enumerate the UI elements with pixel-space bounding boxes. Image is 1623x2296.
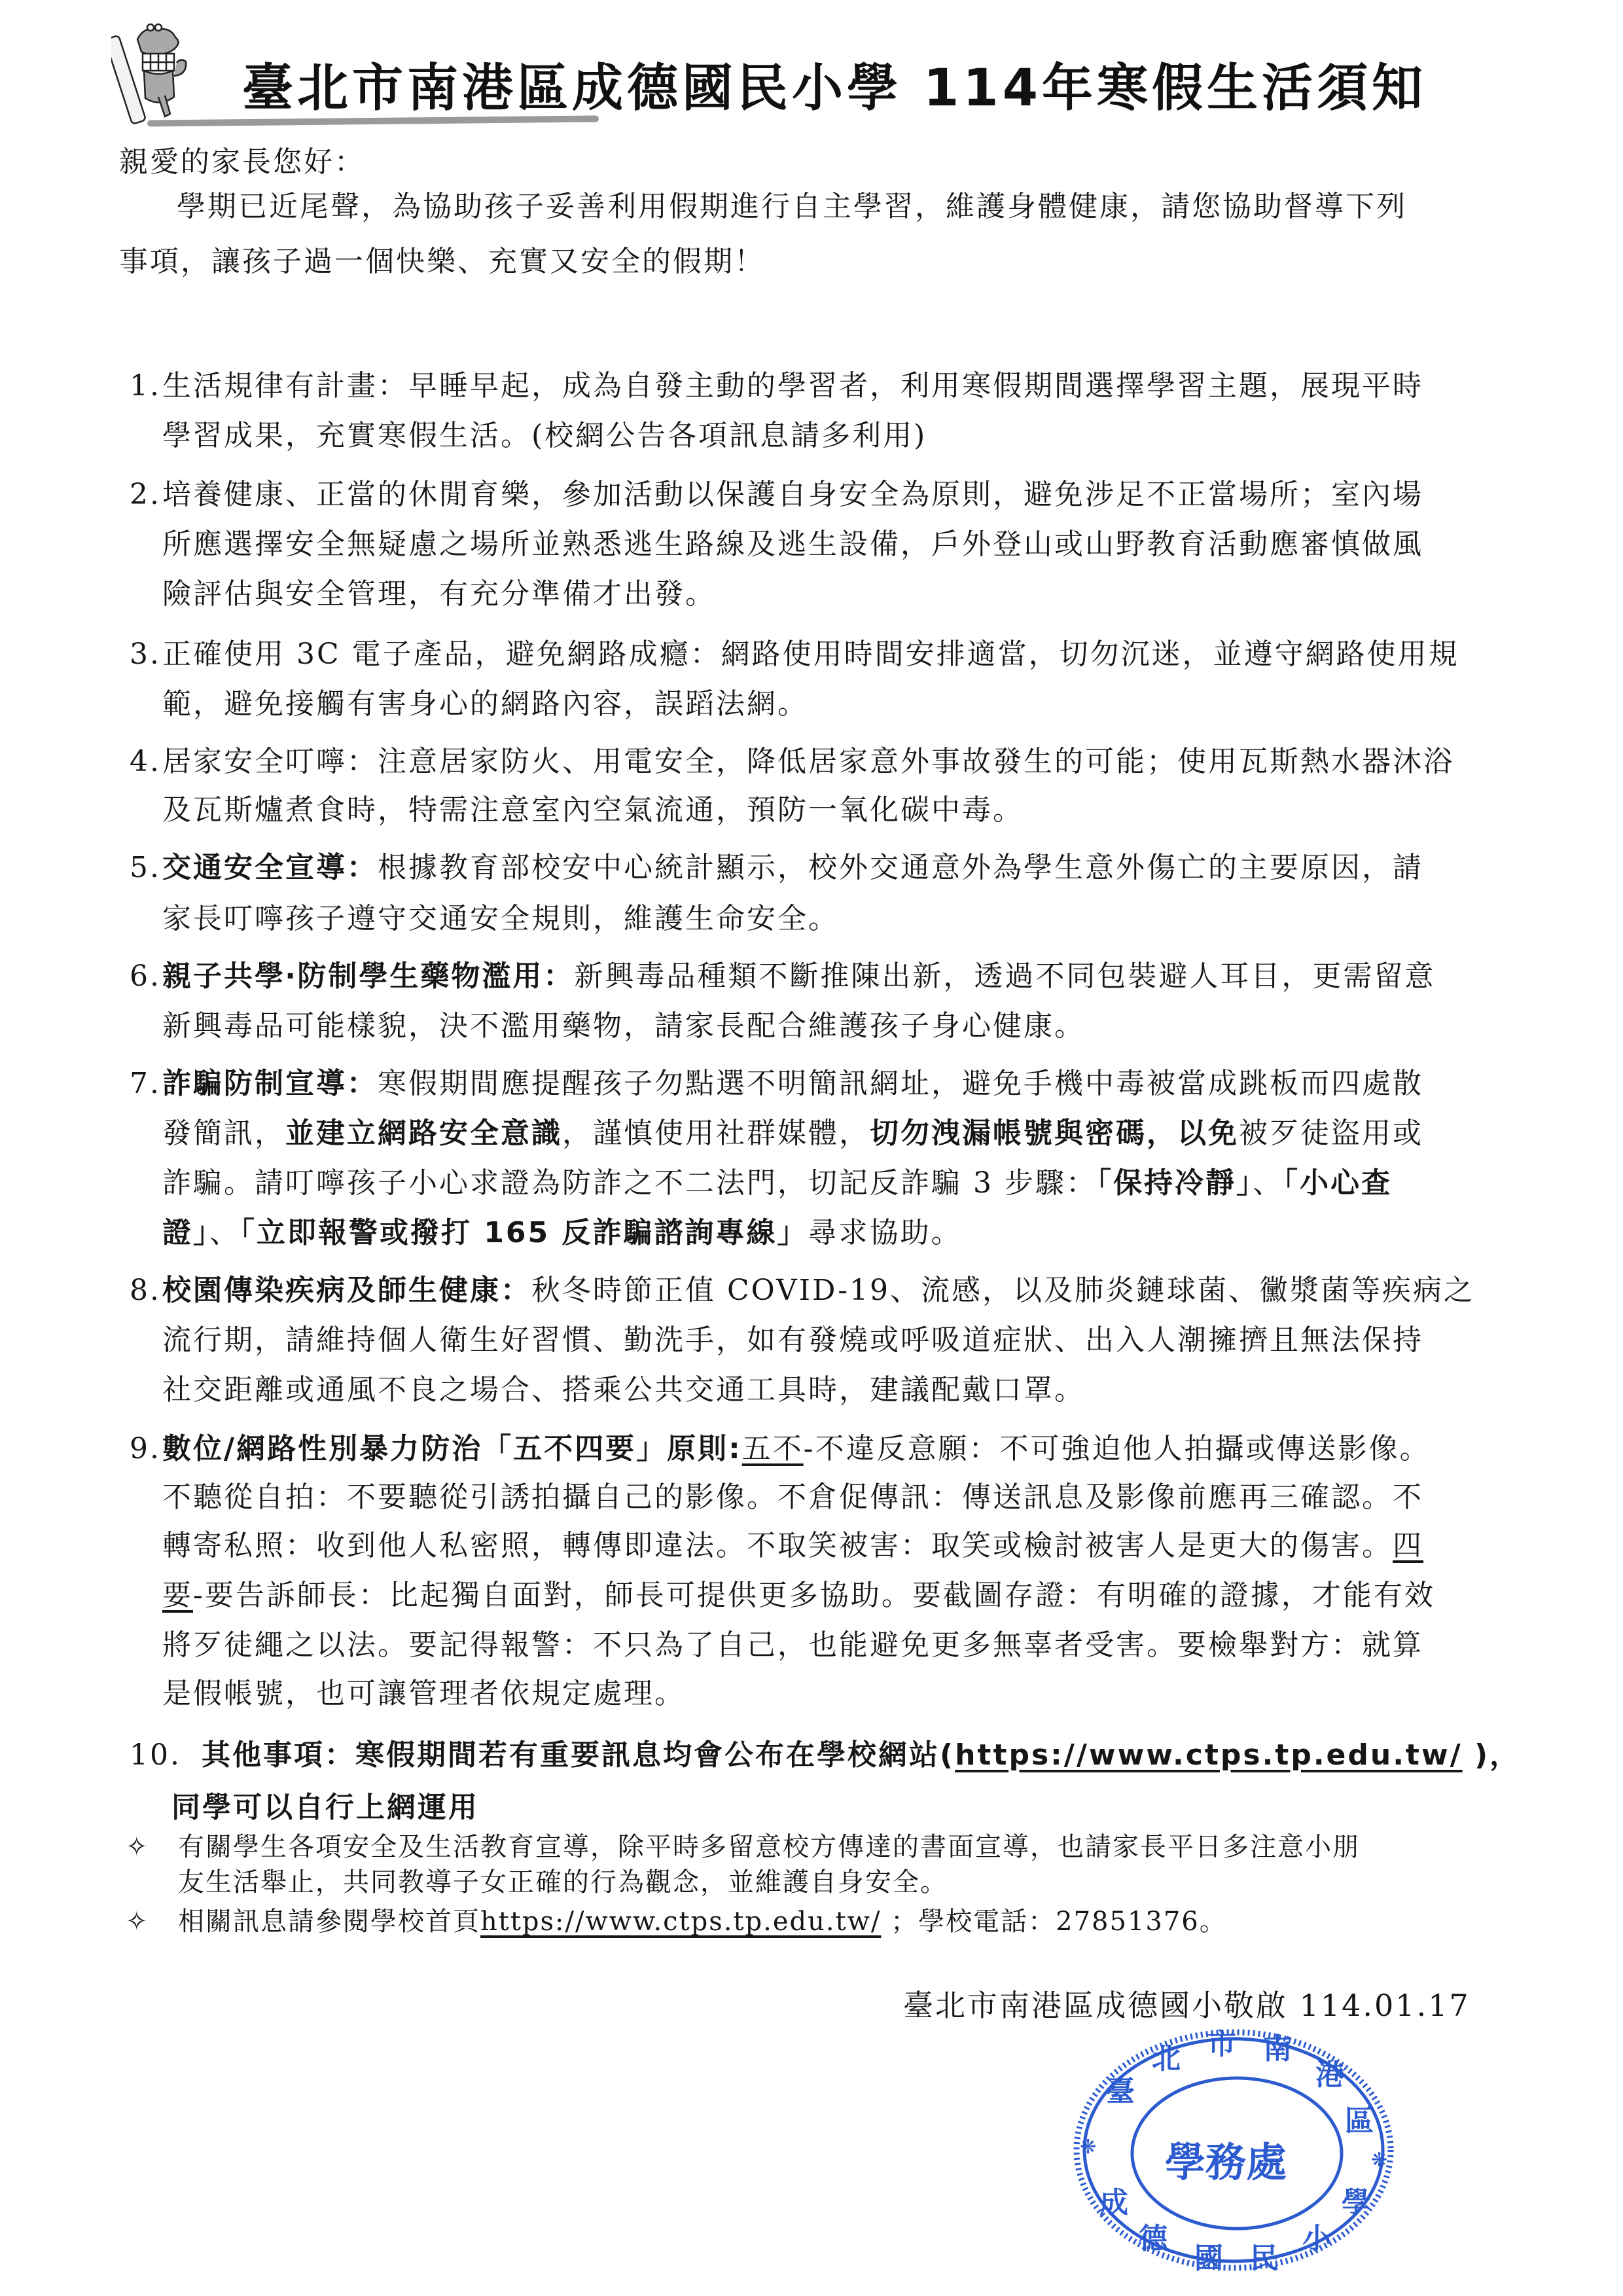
text-segment: 詐騙。請叮嚀孩子小心求證為防詐之不二法門，切記反詐騙 3 步驟： <box>162 1166 1097 1200</box>
item-5-cont: 家長叮嚀孩子遵守交通安全規則，維護生命安全。 <box>162 899 839 939</box>
item-number: 5. <box>130 848 162 888</box>
underlined-segment: 四 <box>1393 1529 1423 1562</box>
underlined-segment: 要 <box>162 1579 193 1612</box>
note-1: ✧有關學生各項安全及生活教育宣導，除平時多留意校方傳達的書面宣導，也請家長平日多… <box>126 1827 1360 1867</box>
item-7: 7.詐騙防制宣導：寒假期間應提醒孩子勿點選不明簡訊網址，避免手機中毒被當成跳板而… <box>130 1064 1423 1103</box>
item-heading: 數位/網路性別暴力防治「五不四要」原則: <box>162 1432 742 1465</box>
svg-text:學: 學 <box>1342 2186 1370 2219</box>
svg-text:港: 港 <box>1315 2058 1344 2092</box>
text-segment: 、 <box>1253 1166 1283 1200</box>
text-segment: )， <box>1463 1738 1520 1772</box>
svg-text:學務處: 學務處 <box>1165 2138 1287 2186</box>
item-text: 根據教育部校安中心統計顯示，校外交通意外為學生意外傷亡的主要原因，請 <box>378 851 1423 884</box>
item-10-cont: 同學可以自行上網運用 <box>171 1788 479 1827</box>
item-4: 4.居家安全叮嚀：注意居家防火、用電安全，降低居家意外事故發生的可能；使用瓦斯熱… <box>130 742 1454 781</box>
item-7-cont-3: 證」、「立即報警或撥打 165 反詐騙諮詢專線」尋求協助。 <box>162 1213 961 1253</box>
text-segment: ，謹慎使用社群媒體， <box>562 1117 870 1150</box>
bold-segment: 「小心查 <box>1283 1166 1392 1200</box>
item-10: 10.其他事項：寒假期間若有重要訊息均會公布在學校網站(https://www.… <box>130 1736 1520 1775</box>
item-number: 7. <box>130 1064 162 1103</box>
item-1-cont: 學習成果，充實寒假生活。(校網公告各項訊息請多利用) <box>162 416 927 456</box>
item-2: 2.培養健康、正當的休閒育樂，參加活動以保護自身安全為原則，避免涉足不正當場所；… <box>130 475 1423 514</box>
text-segment: 轉寄私照：收到他人私密照，轉傳即違法。不取笑被害：取笑或檢討被害人是更大的傷害。 <box>162 1529 1393 1562</box>
school-website-link[interactable]: https://www.ctps.tp.edu.tw/ <box>955 1738 1463 1772</box>
svg-text:❋: ❋ <box>1080 2136 1096 2159</box>
school-homepage-link[interactable]: https://www.ctps.tp.edu.tw/ <box>480 1907 881 1937</box>
text-segment: 發簡訊， <box>162 1117 285 1150</box>
note-2: ✧相關訊息請參閱學校首頁https://www.ctps.tp.edu.tw/ … <box>126 1902 1227 1941</box>
item-text: 寒假期間應提醒孩子勿點選不明簡訊網址，避免手機中毒被當成跳板而四處散 <box>378 1067 1423 1100</box>
item-5: 5.交通安全宣導：根據教育部校安中心統計顯示，校外交通意外為學生意外傷亡的主要原… <box>130 848 1423 888</box>
bold-segment: 「保持冷靜」 <box>1097 1166 1253 1200</box>
crocodile-mascot-icon <box>111 13 203 131</box>
note-text: 有關學生各項安全及生活教育宣導，除平時多留意校方傳達的書面宣導，也請家長平日多注… <box>178 1832 1360 1862</box>
item-2-cont-1: 所應選擇安全無疑慮之場所並熟悉逃生路線及逃生設備，戶外登山或山野教育活動應審慎做… <box>162 525 1423 564</box>
item-heading: 親子共學‧防制學生藥物濫用： <box>162 960 574 993</box>
item-number: 4. <box>130 742 162 781</box>
bold-segment: 「立即報警或撥打 165 反詐騙諮詢專線」 <box>240 1216 808 1249</box>
bold-segment: 並建立網路安全意識 <box>285 1117 562 1150</box>
item-2-cont-2: 險評估與安全管理，有充分準備才出發。 <box>162 575 716 614</box>
item-4-cont: 及瓦斯爐煮食時，特需注意室內空氣流通，預防一氧化碳中毒。 <box>162 791 1024 830</box>
item-9-cont-3: 要-要告訴師長：比起獨自面對，師長可提供更多協助。要截圖存證：有明確的證據，才能… <box>162 1576 1435 1615</box>
intro-line-2: 事項，讓孩子過一個快樂、充實又安全的假期！ <box>119 242 765 281</box>
item-9-cont-2: 轉寄私照：收到他人私密照，轉傳即違法。不取笑被害：取笑或檢討被害人是更大的傷害。… <box>162 1526 1423 1566</box>
svg-text:區: 區 <box>1345 2104 1374 2138</box>
svg-text:南: 南 <box>1263 2032 1292 2066</box>
text-segment: -要告訴師長：比起獨自面對，師長可提供更多協助。要截圖存證：有明確的證據，才能有… <box>193 1579 1435 1612</box>
item-8: 8.校園傳染疾病及師生健康：秋冬時節正值 COVID-19、流感，以及肺炎鏈球菌… <box>130 1271 1474 1310</box>
item-heading: 校園傳染疾病及師生健康： <box>162 1274 531 1307</box>
item-heading: 交通安全宣導： <box>162 851 378 884</box>
svg-text:德: 德 <box>1139 2222 1168 2255</box>
item-text: 培養健康、正當的休閒育樂，參加活動以保護自身安全為原則，避免涉足不正當場所；室內… <box>162 478 1423 511</box>
svg-text:北: 北 <box>1152 2042 1181 2075</box>
intro-line-1: 學期已近尾聲，為協助孩子妥善利用假期進行自主學習，維護身體健康，請您協助督導下列 <box>177 187 1407 226</box>
note-1-cont: 友生活舉止，共同教導子女正確的行為觀念，並維護自身安全。 <box>178 1863 948 1902</box>
item-text: 新興毒品種類不斷推陳出新，透過不同包裝避人耳目，更需留意 <box>574 960 1435 993</box>
bold-segment: 證」 <box>162 1216 209 1249</box>
item-number: 1. <box>130 367 162 406</box>
svg-text:成: 成 <box>1099 2186 1128 2219</box>
item-9: 9.數位/網路性別暴力防治「五不四要」原則:五不-不違反意願：不可強迫他人拍攝或… <box>130 1429 1431 1469</box>
item-1: 1.生活規律有計畫：早睡早起，成為自發主動的學習者，利用寒假期間選擇學習主題，展… <box>130 367 1423 406</box>
svg-text:臺: 臺 <box>1106 2075 1135 2108</box>
item-number: 2. <box>130 475 162 514</box>
item-number: 8. <box>130 1271 162 1310</box>
item-9-cont-4: 將歹徒繩之以法。要記得報警：不只為了自己，也能避免更多無辜者受害。要檢舉對方：就… <box>162 1626 1423 1665</box>
item-text: 正確使用 3C 電子產品，避免網路成癮：網路使用時間安排適當，切勿沉迷，並遵守網… <box>162 637 1459 671</box>
svg-text:國: 國 <box>1194 2242 1223 2275</box>
item-number: 3. <box>130 635 162 674</box>
item-8-cont-2: 社交距離或通風不良之場合、搭乘公共交通工具時，建議配戴口罩。 <box>162 1371 1085 1410</box>
item-6-cont: 新興毒品可能樣貌，決不濫用藥物，請家長配合維護孩子身心健康。 <box>162 1007 1085 1046</box>
diamond-bullet-icon: ✧ <box>126 1827 178 1867</box>
text-segment: 尋求協助。 <box>808 1216 961 1249</box>
greeting: 親愛的家長您好： <box>119 143 365 182</box>
note-text: 相關訊息請參閱學校首頁 <box>178 1907 480 1937</box>
item-number: 6. <box>130 957 162 996</box>
item-9-cont-1: 不聽從自拍：不要聽從引誘拍攝自己的影像。不倉促傳訊：傳送訊息及影像前應再三確認。… <box>162 1478 1423 1517</box>
item-heading: 其他事項：寒假期間若有重要訊息均會公布在學校網站( <box>202 1738 955 1772</box>
text-segment: 被歹徒盜用或 <box>1239 1117 1423 1150</box>
item-heading: 詐騙防制宣導： <box>162 1067 378 1100</box>
item-7-cont-1: 發簡訊，並建立網路安全意識，謹慎使用社群媒體，切勿洩漏帳號與密碼，以免被歹徒盜用… <box>162 1114 1423 1153</box>
underlined-segment: 五不 <box>742 1432 804 1465</box>
item-3: 3.正確使用 3C 電子產品，避免網路成癮：網路使用時間安排適當，切勿沉迷，並遵… <box>130 635 1459 674</box>
diamond-bullet-icon: ✧ <box>126 1902 178 1941</box>
item-number: 10. <box>130 1736 202 1775</box>
item-text: 秋冬時節正值 COVID-19、流感，以及肺炎鏈球菌、黴漿菌等疾病之 <box>531 1274 1474 1307</box>
item-number: 9. <box>130 1429 162 1469</box>
item-text: 生活規律有計畫：早睡早起，成為自發主動的學習者，利用寒假期間選擇學習主題，展現平… <box>162 369 1423 403</box>
item-6: 6.親子共學‧防制學生藥物濫用：新興毒品種類不斷推陳出新，透過不同包裝避人耳目，… <box>130 957 1435 996</box>
notice-page: 臺北市南港區成德國民小學 114年寒假生活須知 親愛的家長您好： 學期已近尾聲，… <box>0 0 1623 2296</box>
svg-text:小: 小 <box>1302 2222 1332 2255</box>
item-text: -不違反意願：不可強迫他人拍攝或傳送影像。 <box>804 1432 1431 1465</box>
svg-text:市: 市 <box>1207 2028 1236 2061</box>
svg-text:❋: ❋ <box>1371 2149 1387 2172</box>
svg-text:民: 民 <box>1250 2242 1279 2275</box>
item-7-cont-2: 詐騙。請叮嚀孩子小心求證為防詐之不二法門，切記反詐騙 3 步驟：「保持冷靜」、「… <box>162 1164 1392 1203</box>
item-9-cont-5: 是假帳號，也可讓管理者依規定處理。 <box>162 1674 685 1713</box>
item-3-cont: 範，避免接觸有害身心的網路內容，誤蹈法網。 <box>162 685 808 724</box>
text-segment: 、 <box>209 1216 240 1249</box>
item-8-cont-1: 流行期，請維持個人衛生好習慣、勤洗手，如有發燒或呼吸道症狀、出入人潮擁擠且無法保… <box>162 1321 1423 1360</box>
page-title: 臺北市南港區成德國民小學 114年寒假生活須知 <box>242 47 1427 120</box>
item-text: 居家安全叮嚀：注意居家防火、用電安全，降低居家意外事故發生的可能；使用瓦斯熱水器… <box>162 745 1454 778</box>
official-stamp-icon: 學務處 臺 北 市 南 港 區 成 德 國 民 小 學 ❋ ❋ <box>1054 2016 1420 2278</box>
bold-segment: 切勿洩漏帳號與密碼，以免 <box>870 1117 1239 1150</box>
note-text: ；學校電話：27851376。 <box>881 1907 1226 1937</box>
